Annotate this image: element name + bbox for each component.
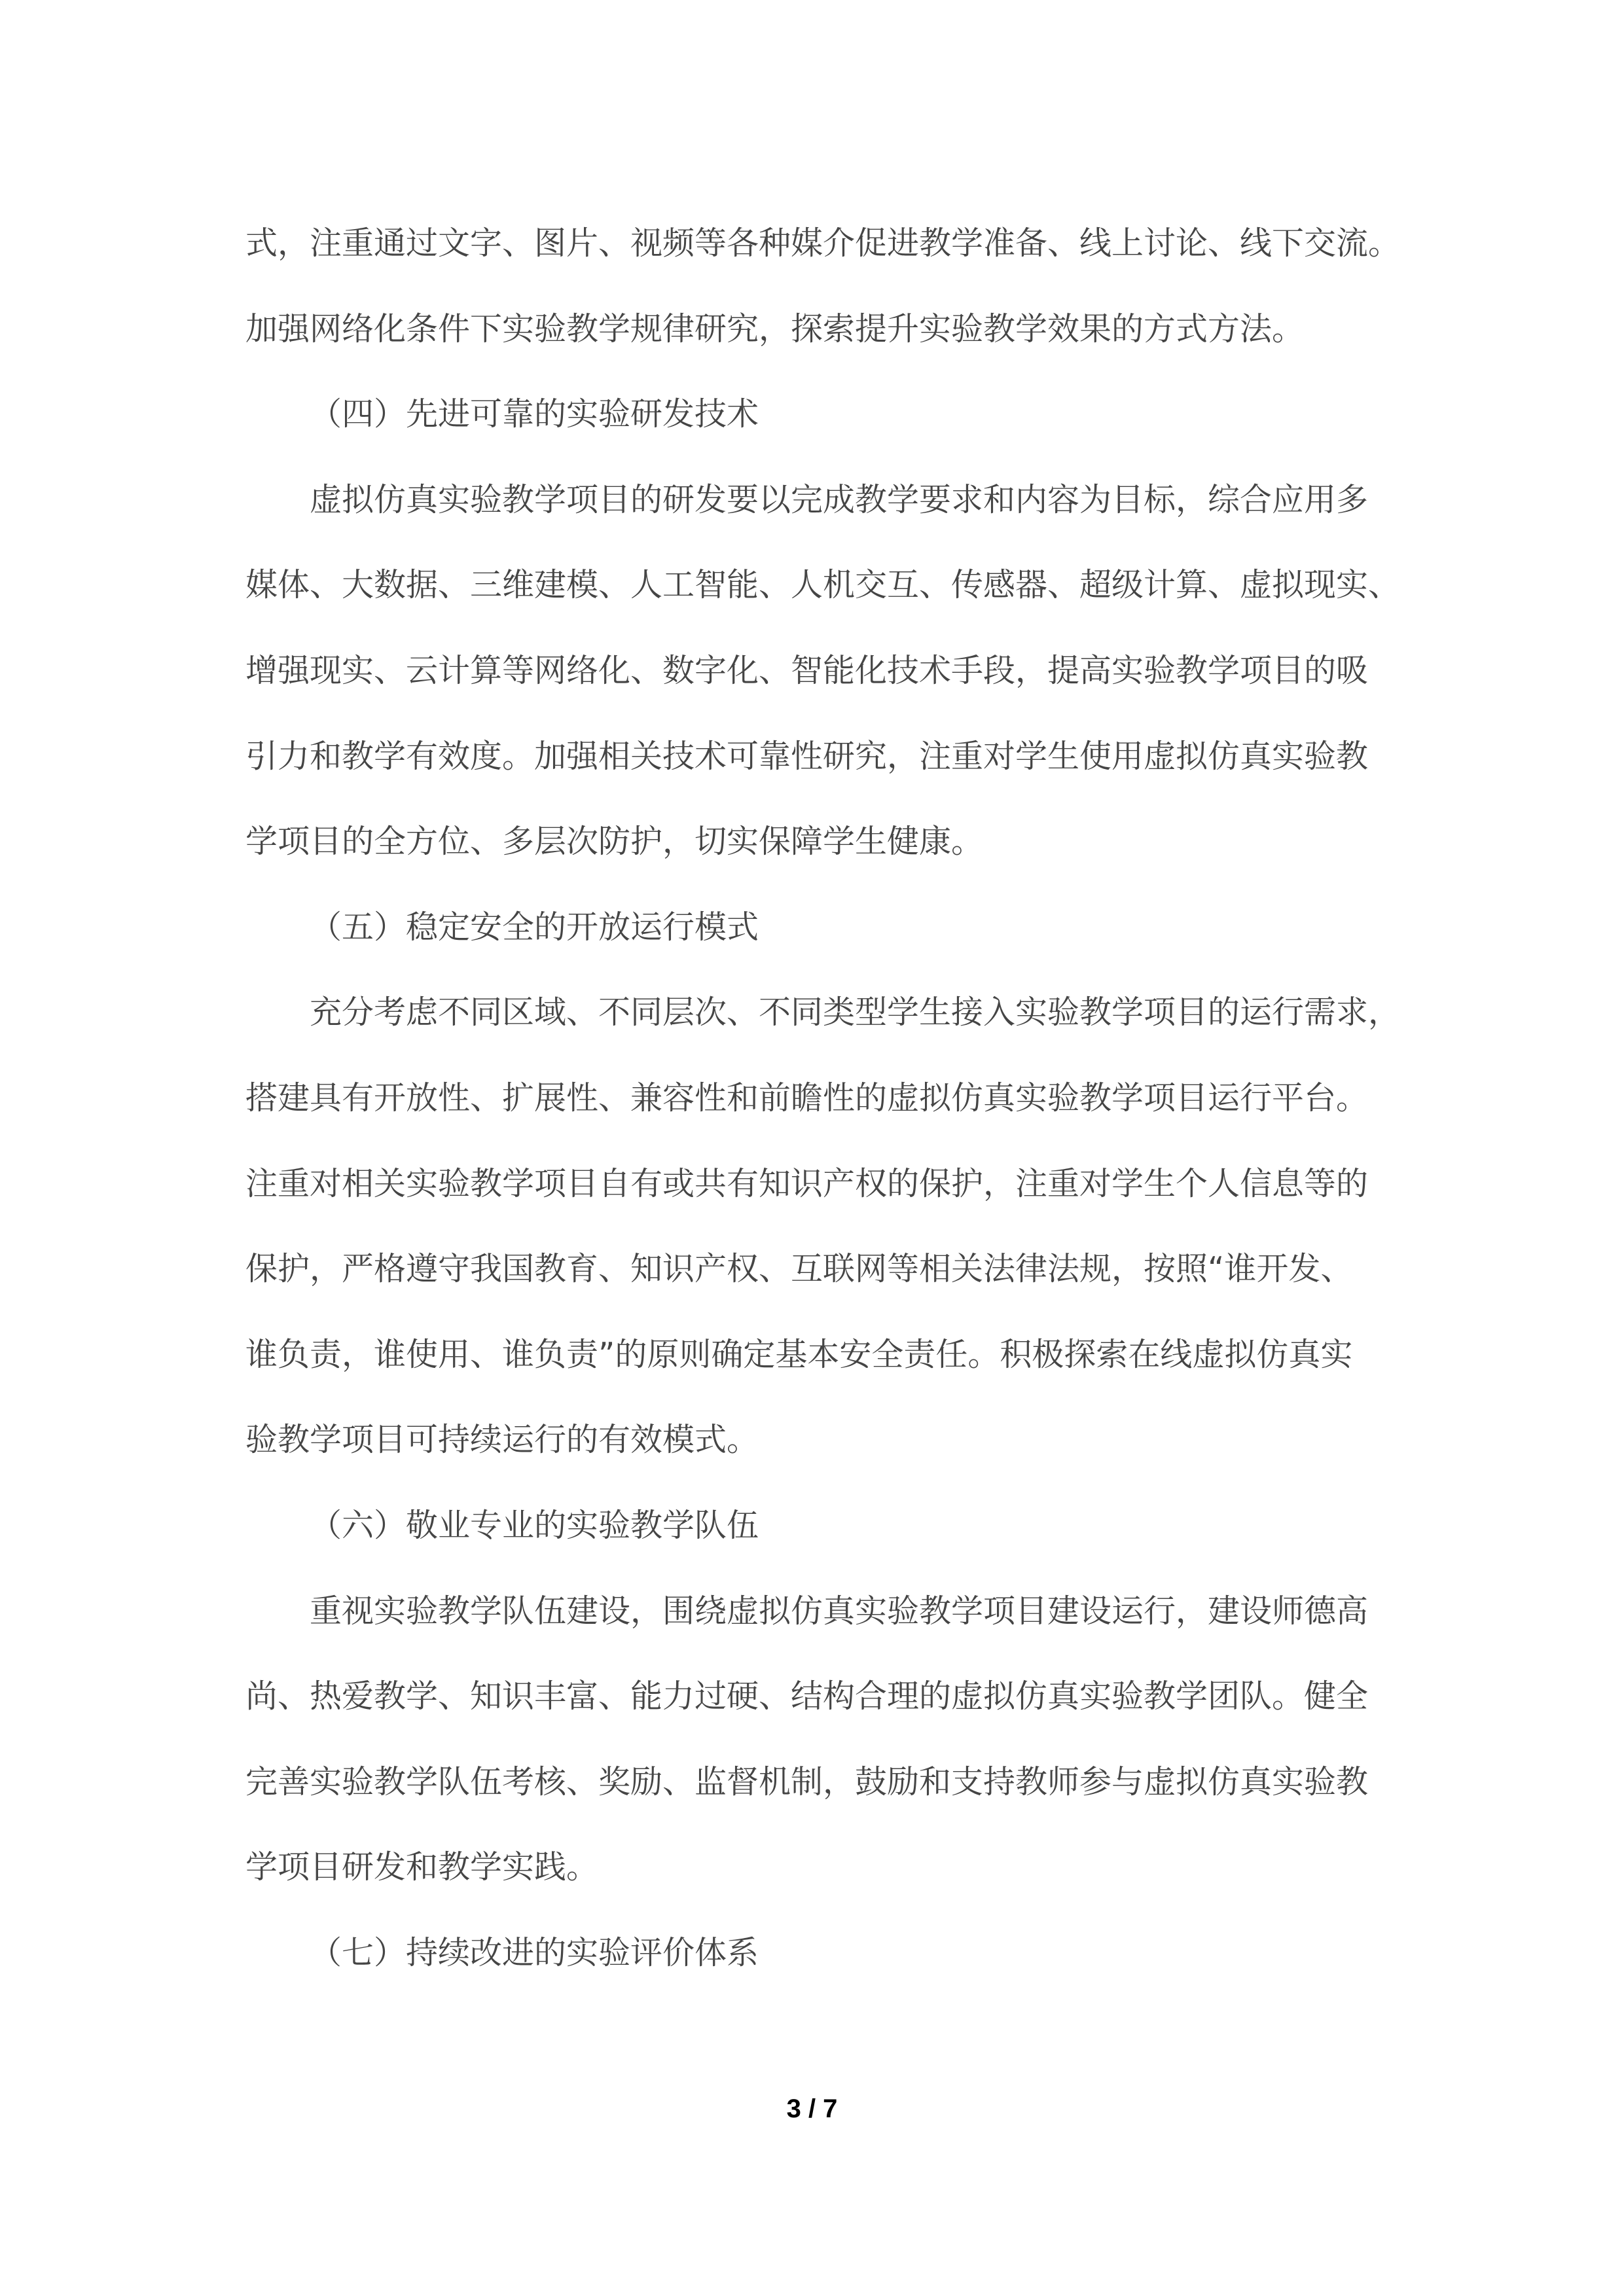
text-line: 保护，严格遵守我国教育、知识产权、互联网等相关法律法规，按照“谁开发、 (245, 1227, 1388, 1312)
paragraph-teaching-team: 重视实验教学队伍建设，围绕虚拟仿真实验教学项目建设运行，建设师德高 尚、热爱教学… (245, 1569, 1388, 1910)
text-line: 虚拟仿真实验教学项目的研发要以完成教学要求和内容为目标，综合应用多 (245, 457, 1388, 543)
text-line: 搭建具有开放性、扩展性、兼容性和前瞻性的虚拟仿真实验教学项目运行平台。 (245, 1056, 1388, 1141)
text-line: 式，注重通过文字、图片、视频等各种媒介促进教学准备、线上讨论、线下交流。 (245, 201, 1388, 287)
document-body: 式，注重通过文字、图片、视频等各种媒介促进教学准备、线上讨论、线下交流。 加强网… (245, 201, 1388, 1996)
section-heading-5: （五）稳定安全的开放运行模式 (245, 885, 1388, 971)
text-line: 重视实验教学队伍建设，围绕虚拟仿真实验教学项目建设运行，建设师德高 (245, 1569, 1388, 1655)
text-line: 注重对相关实验教学项目自有或共有知识产权的保护，注重对学生个人信息等的 (245, 1141, 1388, 1227)
paragraph-research-technology: 虚拟仿真实验教学项目的研发要以完成教学要求和内容为目标，综合应用多 媒体、大数据… (245, 457, 1388, 885)
paragraph-operation-mode: 充分考虑不同区域、不同层次、不同类型学生接入实验教学项目的运行需求， 搭建具有开… (245, 970, 1388, 1483)
text-line: 完善实验教学队伍考核、奖励、监督机制，鼓励和支持教师参与虚拟仿真实验教 (245, 1740, 1388, 1825)
text-line: 充分考虑不同区域、不同层次、不同类型学生接入实验教学项目的运行需求， (245, 970, 1388, 1056)
section-heading-7: （七）持续改进的实验评价体系 (245, 1910, 1388, 1996)
section-heading-6: （六）敬业专业的实验教学队伍 (245, 1483, 1388, 1569)
text-line: 尚、热爱教学、知识丰富、能力过硬、结构合理的虚拟仿真实验教学团队。健全 (245, 1654, 1388, 1740)
text-line: 加强网络化条件下实验教学规律研究，探索提升实验教学效果的方式方法。 (245, 287, 1388, 372)
text-line: 谁负责，谁使用、谁负责”的原则确定基本安全责任。积极探索在线虚拟仿真实 (245, 1312, 1388, 1398)
text-line: 引力和教学有效度。加强相关技术可靠性研究，注重对学生使用虚拟仿真实验教 (245, 714, 1388, 800)
paragraph-continuation: 式，注重通过文字、图片、视频等各种媒介促进教学准备、线上讨论、线下交流。 加强网… (245, 201, 1388, 372)
text-line: 学项目研发和教学实践。 (245, 1825, 1388, 1910)
text-line: 验教学项目可持续运行的有效模式。 (245, 1397, 1388, 1483)
text-line: 媒体、大数据、三维建模、人工智能、人机交互、传感器、超级计算、虚拟现实、 (245, 543, 1388, 628)
text-line: 增强现实、云计算等网络化、数字化、智能化技术手段，提高实验教学项目的吸 (245, 628, 1388, 714)
page-number: 3 / 7 (0, 2094, 1624, 2124)
text-line: 学项目的全方位、多层次防护，切实保障学生健康。 (245, 799, 1388, 885)
document-page: 式，注重通过文字、图片、视频等各种媒介促进教学准备、线上讨论、线下交流。 加强网… (0, 0, 1624, 2296)
section-heading-4: （四）先进可靠的实验研发技术 (245, 372, 1388, 457)
